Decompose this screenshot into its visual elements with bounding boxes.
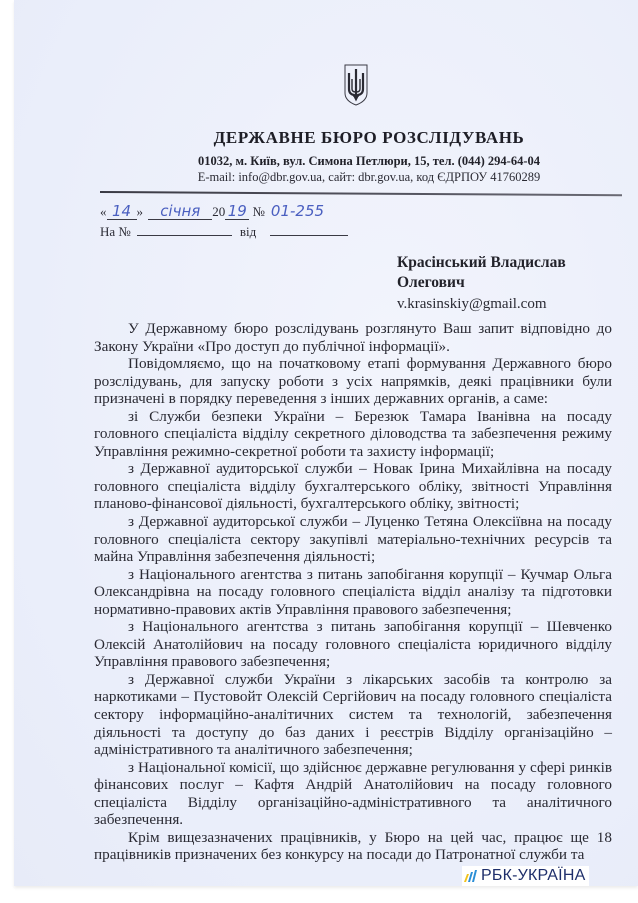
body-paragraph: з Державної служби України з лікарських … [94, 671, 612, 759]
body-paragraph: Крім вищезазначених працівників, у Бюро … [94, 829, 612, 864]
coat-of-arms-icon [343, 63, 369, 107]
registration-year-prefix: 20 [212, 204, 225, 219]
body-paragraph: з Національної комісії, що здійснює держ… [94, 759, 612, 829]
body-paragraph: Повідомляємо, що на початковому етапі фо… [94, 355, 612, 408]
rbc-ukraine-logo-icon [464, 870, 477, 882]
body-paragraph: зі Служби безпеки України – Березюк Тама… [94, 408, 612, 461]
reference-number-label: На № [100, 224, 131, 239]
letter-body: У Державному бюро розслідувань розглянут… [94, 320, 612, 864]
recipient-email: v.krasinskiy@gmail.com [397, 296, 547, 313]
reference-date-blank [270, 225, 348, 236]
recipient-name-line1: Красінський Владислав [397, 253, 566, 273]
reference-date-label: від [240, 224, 256, 239]
recipient-name-line2: Олегович [397, 273, 566, 293]
registration-month: січня [148, 203, 212, 220]
body-paragraph: з Державної аудиторської служби – Новак … [94, 460, 612, 513]
reference-line: На №від [100, 224, 348, 240]
body-paragraph: з Державної аудиторської служби – Луценк… [94, 513, 612, 566]
watermark-text: РБК-УКРАЇНА [481, 867, 585, 885]
body-paragraph: У Державному бюро розслідувань розглянут… [94, 320, 612, 355]
organization-contacts: E-mail: info@dbr.gov.ua, сайт: dbr.gov.u… [0, 170, 638, 185]
organization-address: 01032, м. Київ, вул. Симона Петлюри, 15,… [0, 154, 638, 169]
registration-number-label: № [253, 204, 265, 219]
reference-number-blank [137, 225, 232, 236]
quote-close: » [137, 204, 144, 219]
registration-line: «14» січня2019 №01-255 [100, 203, 333, 220]
body-paragraph: з Національного агентства з питань запоб… [94, 566, 612, 619]
registration-day: 14 [107, 203, 137, 220]
recipient-name: Красінський Владислав Олегович [397, 253, 566, 293]
organization-name: ДЕРЖАВНЕ БЮРО РОЗСЛІДУВАНЬ [0, 128, 638, 148]
registration-number: 01-255 [269, 203, 333, 219]
rbc-ukraine-watermark: РБК-УКРАЇНА [462, 866, 589, 886]
registration-year-suffix: 19 [225, 203, 249, 220]
body-paragraph: з Національного агентства з питань запоб… [94, 618, 612, 671]
